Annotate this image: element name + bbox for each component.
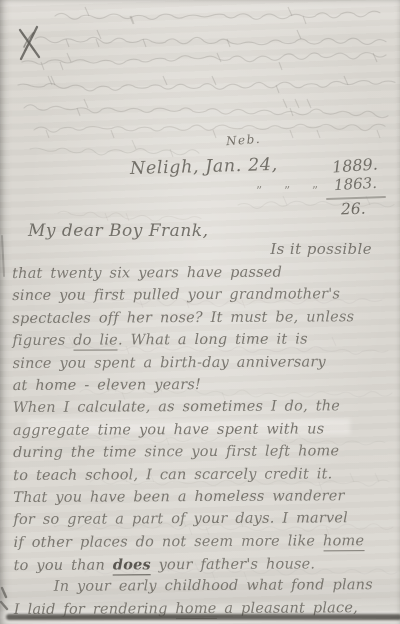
body-text: aggregate time you have spent with us	[13, 421, 324, 439]
body-text: home	[323, 533, 364, 551]
body-line: I laid for rendering home a pleasant pla…	[14, 600, 394, 624]
opening-phrase: Is it possible	[270, 240, 372, 258]
x-mark	[0, 0, 60, 80]
body-text: . What a long time it is	[118, 332, 308, 349]
body-text: for so great a part of your days. I marv…	[13, 511, 348, 529]
body-line: since you first pulled your grandmother'…	[12, 286, 392, 310]
body-text: your father's house.	[151, 556, 315, 573]
body-text: spectacles off her nose? It must be, unl…	[12, 309, 354, 327]
state-note: Neb.	[226, 132, 262, 148]
body-line: if other places do not seem more like ho…	[13, 533, 393, 557]
letter-page: Neb. Neligh, Jan. 24, 1889. ” ” ” 1863. …	[0, 0, 400, 624]
body-line: at home - eleven years!	[13, 376, 393, 400]
body-text: does	[113, 556, 151, 575]
body-line: In your early childhood what fond plans	[14, 577, 394, 601]
body-text: to you than	[14, 558, 113, 575]
letter-body: that twenty six years have passedsince y…	[12, 264, 394, 624]
body-line: since you spent a birth-day anniversary	[13, 354, 393, 378]
dateline: Neligh, Jan. 24,	[130, 155, 278, 179]
body-text: since you first pulled your grandmother'…	[12, 287, 340, 305]
body-text: That you have been a homeless wanderer	[13, 488, 344, 506]
body-line: That you have been a homeless wanderer	[13, 488, 393, 512]
subtraction-result: 26.	[341, 200, 366, 219]
body-line: When I calculate, as sometimes I do, the	[13, 398, 393, 422]
body-line: that twenty six years have passed	[12, 264, 392, 288]
body-text: When I calculate, as sometimes I do, the	[13, 399, 340, 417]
paper-bottom-edge	[6, 614, 400, 620]
body-line: spectacles off her nose? It must be, unl…	[12, 309, 392, 333]
body-text: figures	[12, 333, 73, 349]
body-line: during the time since you first left hom…	[13, 443, 393, 467]
body-text: do lie	[73, 333, 118, 351]
body-line: for so great a part of your days. I marv…	[13, 510, 393, 534]
salutation: My dear Boy Frank,	[28, 221, 208, 241]
body-line: figures do lie. What a long time it is	[12, 331, 392, 355]
body-text: since you spent a birth-day anniversary	[13, 354, 326, 372]
body-line: aggregate time you have spent with us	[13, 421, 393, 445]
body-line: to you than does your father's house.	[14, 555, 394, 579]
body-text: if other places do not seem more like	[13, 533, 323, 551]
body-text: that twenty six years have passed	[12, 265, 282, 282]
body-text: during the time since you first left hom…	[13, 443, 339, 461]
subtraction-year: 1863.	[334, 174, 378, 194]
body-text: at home - eleven years!	[13, 377, 201, 394]
ditto-marks: ” ” ”	[256, 184, 327, 198]
body-text: In your early childhood what fond plans	[54, 578, 373, 596]
body-line: to teach school, I can scarcely credit i…	[13, 466, 393, 490]
body-text: to teach school, I can scarcely credit i…	[13, 466, 332, 484]
